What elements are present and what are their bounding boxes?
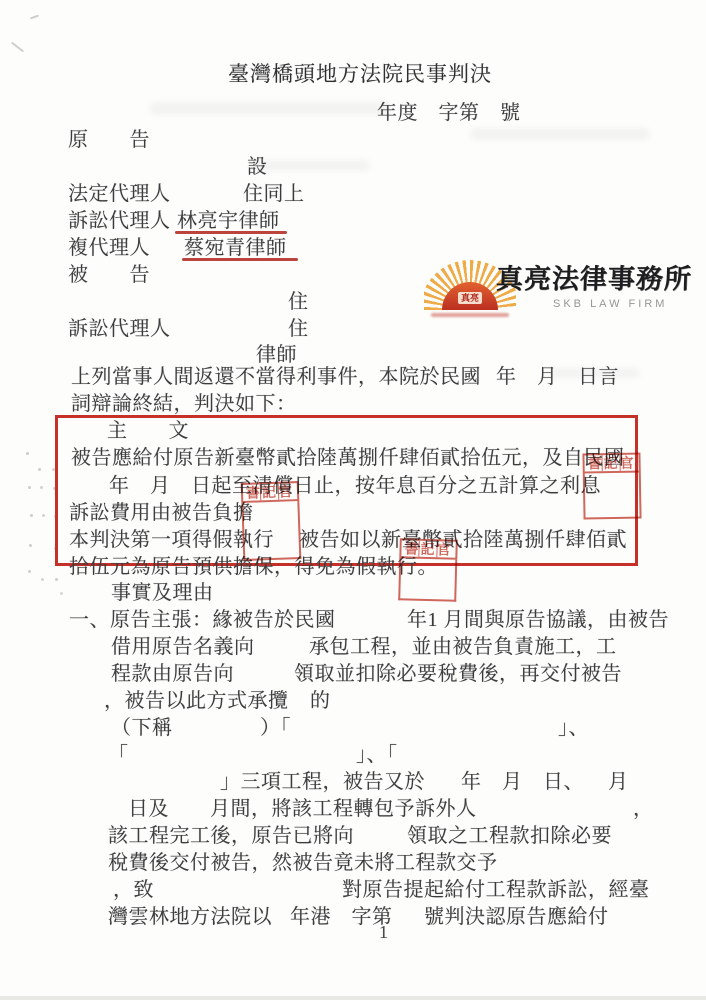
- clerk-stamp-signature-box: [583, 472, 642, 519]
- clerk-stamp-signature-box: [398, 558, 457, 602]
- red-underline: [175, 231, 287, 234]
- facts-line: 年港 字第: [290, 905, 393, 929]
- litigation-representative-label: 訴訟代理人: [68, 209, 171, 233]
- intro-line-1: 上列當事人間返還不當得利事件，本院於民國: [71, 365, 481, 389]
- facts-line: 」、「: [356, 743, 398, 767]
- facts-line: 的: [310, 689, 331, 713]
- judgment-line-1: 被告應給付原告新臺幣貳拾陸萬捌仟肆佰貳拾伍元，及自民國: [71, 446, 625, 470]
- facts-line: 日及 月間，將該工程轉包予訴外人: [128, 797, 477, 821]
- scan-artifact: [11, 42, 24, 53]
- residence-label: 住: [288, 290, 309, 314]
- sub-representative-label: 複代理人: [68, 236, 150, 260]
- court-title: 臺灣橋頭地方法院民事判決: [228, 62, 492, 87]
- intro-line-1-date: 年 月 日言: [496, 365, 619, 389]
- clerk-stamp-label: 書記官: [399, 538, 458, 560]
- scan-artifact: [250, 160, 370, 171]
- judgment-line-4b: 被告如以新臺幣貳拾陸萬捌仟肆佰貳: [299, 528, 627, 552]
- logo-tagline-illegible: [431, 313, 509, 317]
- scanned-judgment-page: 臺灣橋頭地方法院民事判決 年度 字第 號 原 告 設 法定代理人 住同上 訴訟代…: [0, 0, 706, 1000]
- clerk-stamp: 書記官: [582, 452, 641, 519]
- facts-line: 」三項工程，被告又於: [220, 770, 425, 794]
- case-number-line: 年度 字第 號: [377, 101, 521, 125]
- facts-line: ，致: [113, 878, 154, 902]
- red-underline: [182, 258, 298, 261]
- address-prefix: 設: [247, 155, 268, 179]
- facts-line: 月: [608, 770, 629, 794]
- facts-line: 程款由原告向: [111, 662, 234, 686]
- clerk-stamp: 書記官: [398, 538, 458, 601]
- clerk-stamp-label: 書記官: [241, 481, 300, 503]
- scan-artifact: [30, 15, 39, 20]
- facts-line: 號判決認原告應給付: [424, 905, 609, 929]
- defendant-label: 被 告: [68, 263, 150, 287]
- facts-line: ，被告以此方式承攬: [104, 689, 289, 713]
- residence-label: 住: [288, 317, 309, 341]
- judgment-line-2: 年 月 日起至清償日止，按年息百分之五計算之利息: [109, 474, 601, 498]
- sun-core-text: 真亮: [458, 292, 482, 304]
- lawyer-suffix: 律師: [256, 343, 297, 367]
- facts-line: 年 月 日、: [461, 770, 584, 794]
- clerk-stamp-label: 書記官: [582, 452, 640, 473]
- scan-artifact: [150, 102, 390, 115]
- facts-line: 「: [108, 743, 129, 767]
- residence-same-as-above: 住同上: [243, 182, 305, 206]
- facts-line: 一、原告主張：緣被告於民國: [69, 608, 336, 632]
- facts-line: 對原告提起給付工程款訴訟，經臺: [342, 878, 650, 902]
- law-firm-name: 真亮法律事務所: [495, 257, 692, 296]
- law-firm-name-en: SKB LAW FIRM: [553, 298, 667, 310]
- facts-line: ，: [633, 797, 654, 821]
- facts-heading: 事實及理由: [111, 581, 214, 605]
- lawyer-name-1: 林亮宇律師: [177, 209, 280, 233]
- facts-line: 領取並扣除必要稅費後，再交付被告: [294, 662, 622, 686]
- facts-line: ）「: [260, 716, 291, 740]
- main-text-heading: 主 文: [107, 419, 189, 443]
- judgment-line-3: 訴訟費用由被告負擔: [69, 501, 254, 525]
- facts-line: 年1 月間與原告協議，由被告: [407, 608, 669, 632]
- facts-line: 稅費後交付被告，然被告竟未將工程款交予: [108, 851, 498, 875]
- facts-line: （下稱: [111, 716, 173, 740]
- litigation-representative-label: 訴訟代理人: [68, 317, 171, 341]
- facts-line: 灣雲林地方法院以: [108, 905, 272, 929]
- clerk-stamp: 書記官: [241, 481, 302, 561]
- facts-line: 」、: [558, 716, 589, 740]
- intro-line-2: 詞辯論終結，判決如下：: [71, 392, 297, 416]
- page-number: 1: [379, 922, 389, 944]
- facts-line: 承包工程，並由被告負責施工，工: [309, 635, 617, 659]
- lawyer-name-2: 蔡宛青律師: [184, 236, 287, 260]
- facts-line: 領取之工程款扣除必要: [407, 824, 612, 848]
- facts-line: 該工程完工後，原告已將向: [108, 824, 354, 848]
- facts-line: 借用原告名義向: [111, 635, 255, 659]
- scan-artifact: [470, 128, 650, 140]
- clerk-stamp-signature-box: [241, 501, 301, 561]
- scan-artifact-dots: [26, 452, 29, 455]
- plaintiff-label: 原 告: [68, 128, 150, 152]
- scan-edge: [0, 996, 706, 1000]
- legal-representative-label: 法定代理人: [68, 182, 171, 206]
